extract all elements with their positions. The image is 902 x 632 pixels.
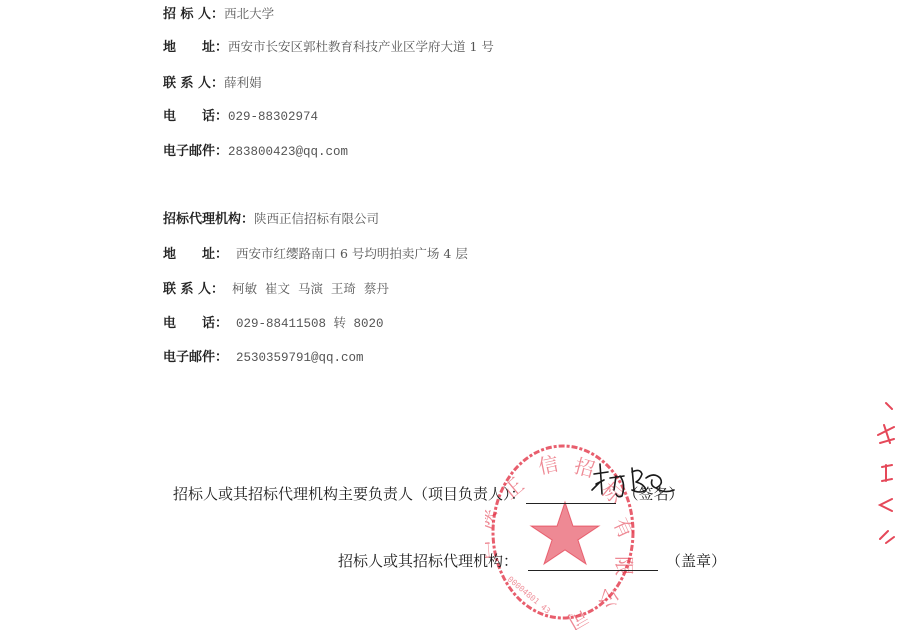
agency-address: 西安市红缨路南口 6 号均明拍卖广场 4 层 [236,246,468,261]
field-label: 招标代理机构： [163,211,254,229]
svg-text:公: 公 [594,584,624,612]
tenderer-email: 283800423@qq.com [228,145,348,159]
agency-name-row: 招标代理机构：陕西正信招标有限公司 [163,210,379,229]
svg-text:有: 有 [608,514,635,542]
field-label: 地 址： [163,39,228,57]
agency-contacts: 柯敏 崔文 马演 王琦 蔡丹 [232,281,389,296]
tenderer-address-row: 地 址：西安市长安区郭杜教育科技产业区学府大道 1 号 [163,38,494,57]
field-label: 电子邮件： [163,143,228,161]
tenderer-phone-row: 电 话：029-88302974 [163,108,318,126]
stamp-suffix: （盖章） [666,552,726,570]
svg-text:司: 司 [563,604,592,630]
field-label: 招 标 人： [163,6,224,24]
agency-name: 陕西正信招标有限公司 [254,211,379,226]
field-label: 电子邮件： [163,349,228,367]
svg-text:陕: 陕 [485,505,502,532]
tenderer-name-row: 招 标 人：西北大学 [163,5,274,24]
tenderer-phone: 029-88302974 [228,110,318,124]
field-label: 地 址： [163,246,228,264]
handwritten-signature-icon [590,460,678,502]
svg-text:信: 信 [536,451,561,479]
agency-email-row: 电子邮件：2530359791@qq.com [163,349,364,367]
tenderer-address: 西安市长安区郭杜教育科技产业区学府大道 1 号 [228,39,494,54]
tenderer-contact: 薛利娟 [224,75,262,90]
field-label: 联 系 人： [163,281,224,299]
agency-address-row: 地 址：西安市红缨路南口 6 号均明拍卖广场 4 层 [163,245,468,264]
field-label: 电 话： [163,108,228,126]
agency-phone-row: 电 话：029-88411508 转 8020 [163,315,384,333]
signature-label: 招标人或其招标代理机构主要负责人（项目负责人）： [173,485,526,503]
seam-seal-icon [872,395,900,555]
tenderer-contact-row: 联 系 人：薛利娟 [163,74,262,93]
field-label: 联 系 人： [163,75,224,93]
svg-text:00004801 43: 00004801 43 [506,575,553,616]
agency-email: 2530359791@qq.com [236,351,364,365]
tenderer-name: 西北大学 [224,6,274,21]
field-label: 电 话： [163,315,228,333]
tenderer-email-row: 电子邮件：283800423@qq.com [163,143,348,161]
agency-phone: 029-88411508 转 8020 [236,317,384,331]
stamp-label: 招标人或其招标代理机构： [338,552,518,570]
agency-contact-row: 联 系 人：柯敏 崔文 马演 王琦 蔡丹 [163,280,389,299]
stamp-field[interactable] [528,552,658,571]
organization-stamp-row: 招标人或其招标代理机构：（盖章） [338,551,726,571]
